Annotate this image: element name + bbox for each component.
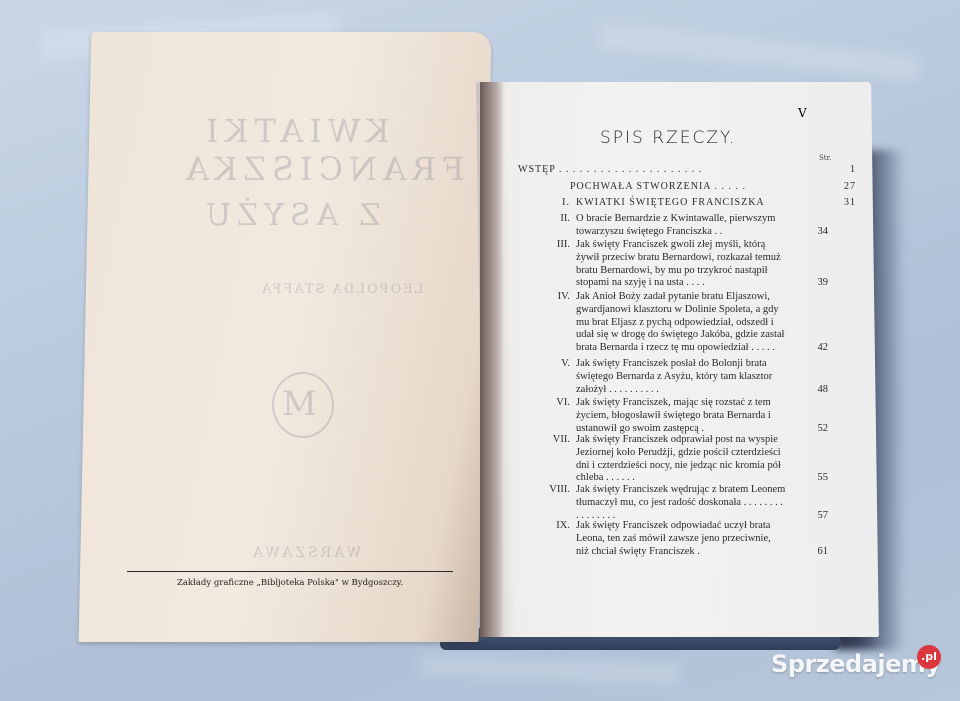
printer-imprint: Zakłady graficzne „Bibljoteka Polska" w … <box>127 578 453 588</box>
imprint-divider <box>127 571 453 572</box>
show-through-subtitle: LEOPOLDA STAFFA <box>260 282 423 297</box>
cloth-fold <box>420 655 681 684</box>
toc-entry: POCHWAŁA STWORZENIA . . . . . 27 <box>570 181 834 194</box>
watermark-tld-badge: .pl <box>917 645 941 669</box>
page-number: V <box>798 106 807 120</box>
toc-entry: III. Jak święty Franciszek gwoli złej my… <box>576 239 786 290</box>
toc-entry: I. KWIATKI ŚWIĘTEGO FRANCISZKA 31 <box>576 197 834 210</box>
show-through-city: WARSZAWA <box>250 545 361 561</box>
toc-entry-page: 48 <box>804 384 828 397</box>
toc-entry-page: 61 <box>804 546 828 559</box>
toc-entry-page: 55 <box>804 472 828 485</box>
toc-entry-page: 27 <box>832 181 856 194</box>
toc-title: SPIS RZECZY. <box>600 128 736 148</box>
toc-entry-page: 52 <box>804 423 828 436</box>
toc-entry: II. O bracie Bernardzie z Kwintawalle, p… <box>576 213 786 239</box>
toc-entry: IV. Jak Anioł Boży zadał pytanie bratu E… <box>576 291 786 355</box>
toc-entry: VIII. Jak święty Franciszek wędrując z b… <box>576 484 786 522</box>
page-column-label: Str. <box>819 154 831 162</box>
toc-entry: VI. Jak święty Franciszek, mając się roz… <box>576 397 786 435</box>
toc-entry: VII. Jak święty Franciszek odprawiał pos… <box>576 434 786 485</box>
toc-entry-page: 31 <box>832 197 856 210</box>
show-through-title-line: Z ASYŻU <box>200 198 381 233</box>
publisher-monogram-icon: M <box>272 372 334 438</box>
cloth-fold <box>600 23 921 80</box>
toc-entry-page: 57 <box>804 510 828 523</box>
toc-entry: WSTĘP . . . . . . . . . . . . . . . . . … <box>518 164 834 177</box>
toc-entry-page: 39 <box>804 277 828 290</box>
toc-entry-page: 1 <box>832 164 856 177</box>
watermark-logo: Sprzedajemy <box>771 650 941 678</box>
toc-entry: IX. Jak święty Franciszek odpowiadać ucz… <box>576 520 786 558</box>
book-gutter <box>480 82 504 637</box>
show-through-title-line: KWIATKI <box>200 112 390 150</box>
toc-entry: V. Jak święty Franciszek posłał do Bolon… <box>576 358 786 396</box>
toc-entry-page: 42 <box>804 342 828 355</box>
toc-entry-page: 34 <box>804 226 828 239</box>
